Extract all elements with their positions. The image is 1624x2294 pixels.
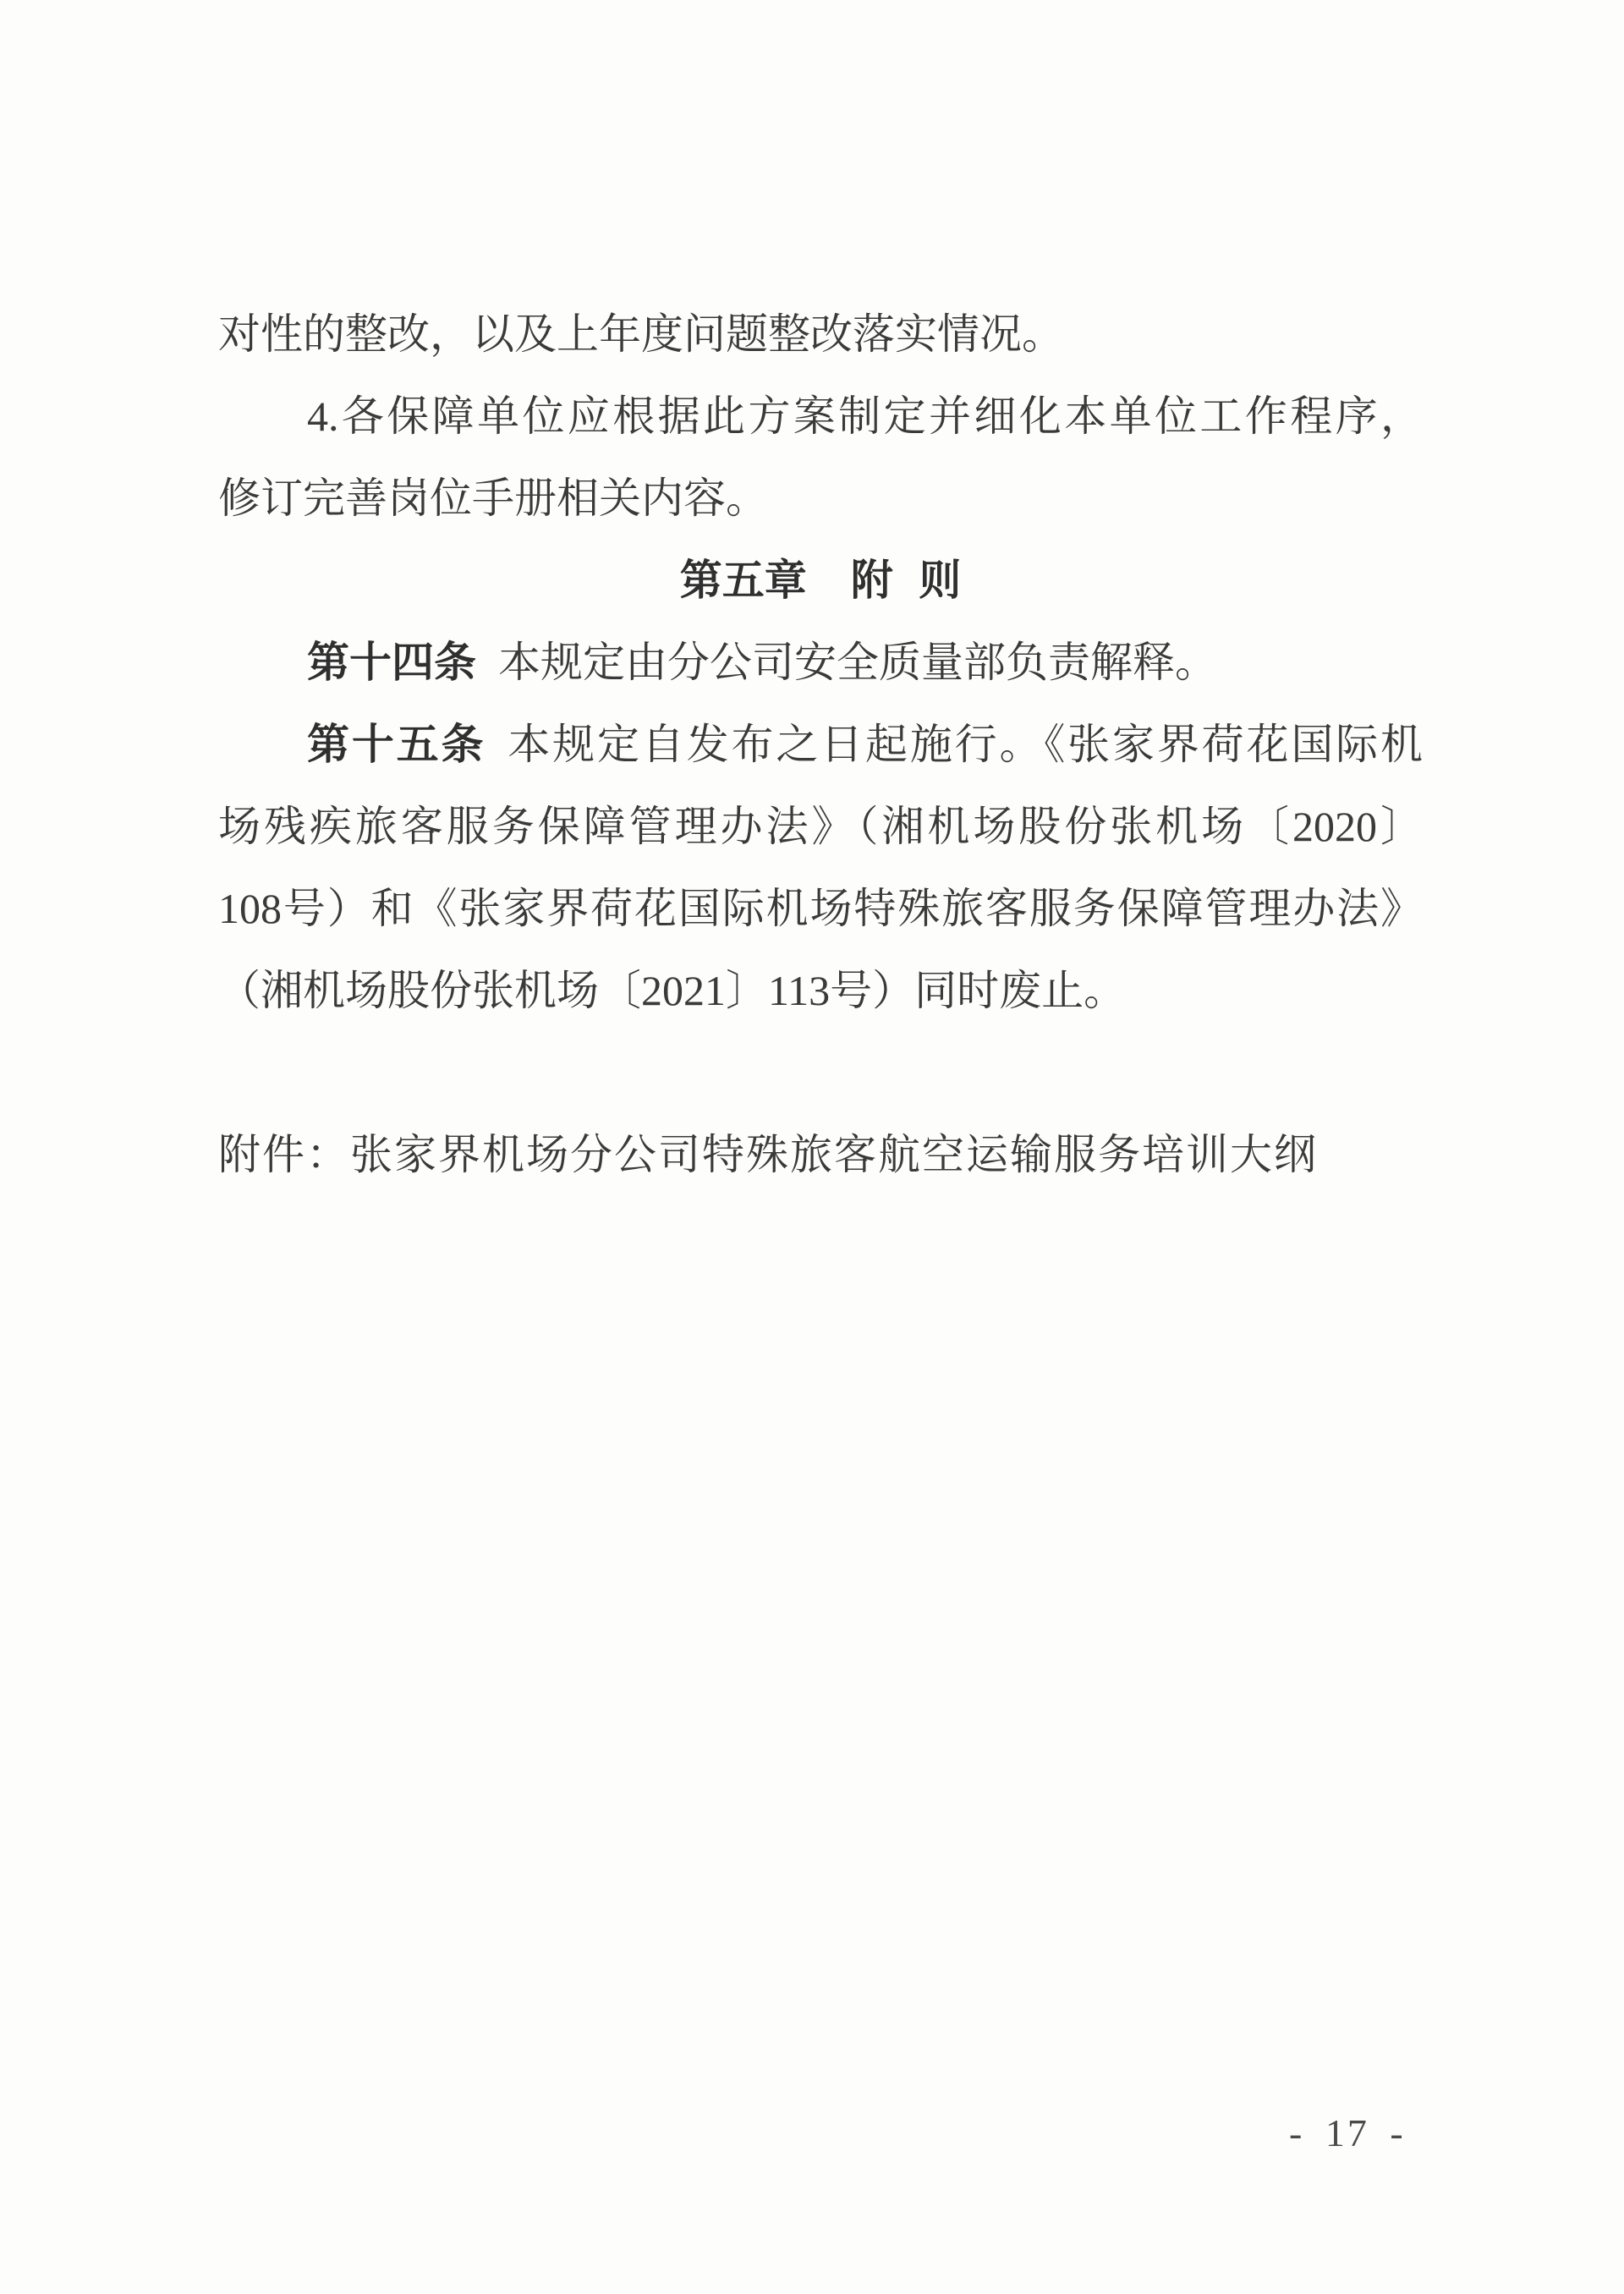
article-14-text: 本规定由分公司安全质量部负责解释。 [498,639,1217,686]
blank-line [218,1032,1423,1114]
article-15-line-4: （湘机场股份张机场〔2021〕113号）同时废止。 [218,950,1423,1032]
article-14-line: 第十四条本规定由分公司安全质量部负责解释。 [218,622,1423,704]
paragraph-continuation-line: 对性的整改，以及上年度问题整改落实情况。 [218,294,1423,376]
list-item-4-line: 4.各保障单位应根据此方案制定并细化本单位工作程序， [218,376,1423,458]
page-number: - 17 - [1289,2108,1406,2159]
article-15-label: 第十五条 [307,721,486,768]
article-15-line-3: 108号）和《张家界荷花国际机场特殊旅客服务保障管理办法》 [218,868,1423,950]
article-15-text-1: 本规定自发布之日起施行。《张家界荷花国际机 [507,721,1423,768]
article-15-line-2: 场残疾旅客服务保障管理办法》（湘机场股份张机场〔2020〕 [218,786,1423,868]
attachment-note: 附件：张家界机场分公司特殊旅客航空运输服务培训大纲 [218,1114,1423,1196]
chapter-title: 附 则 [851,557,962,604]
list-item-4-wrap-line: 修订完善岗位手册相关内容。 [218,458,1423,540]
page-content: 对性的整改，以及上年度问题整改落实情况。 4.各保障单位应根据此方案制定并细化本… [218,294,1423,1196]
article-15-line-1: 第十五条本规定自发布之日起施行。《张家界荷花国际机 [218,704,1423,786]
chapter-number: 第五章 [680,557,807,604]
document-page: 对性的整改，以及上年度问题整改落实情况。 4.各保障单位应根据此方案制定并细化本… [0,0,1624,2294]
chapter-heading: 第五章附 则 [218,540,1423,622]
article-14-label: 第十四条 [307,639,476,686]
